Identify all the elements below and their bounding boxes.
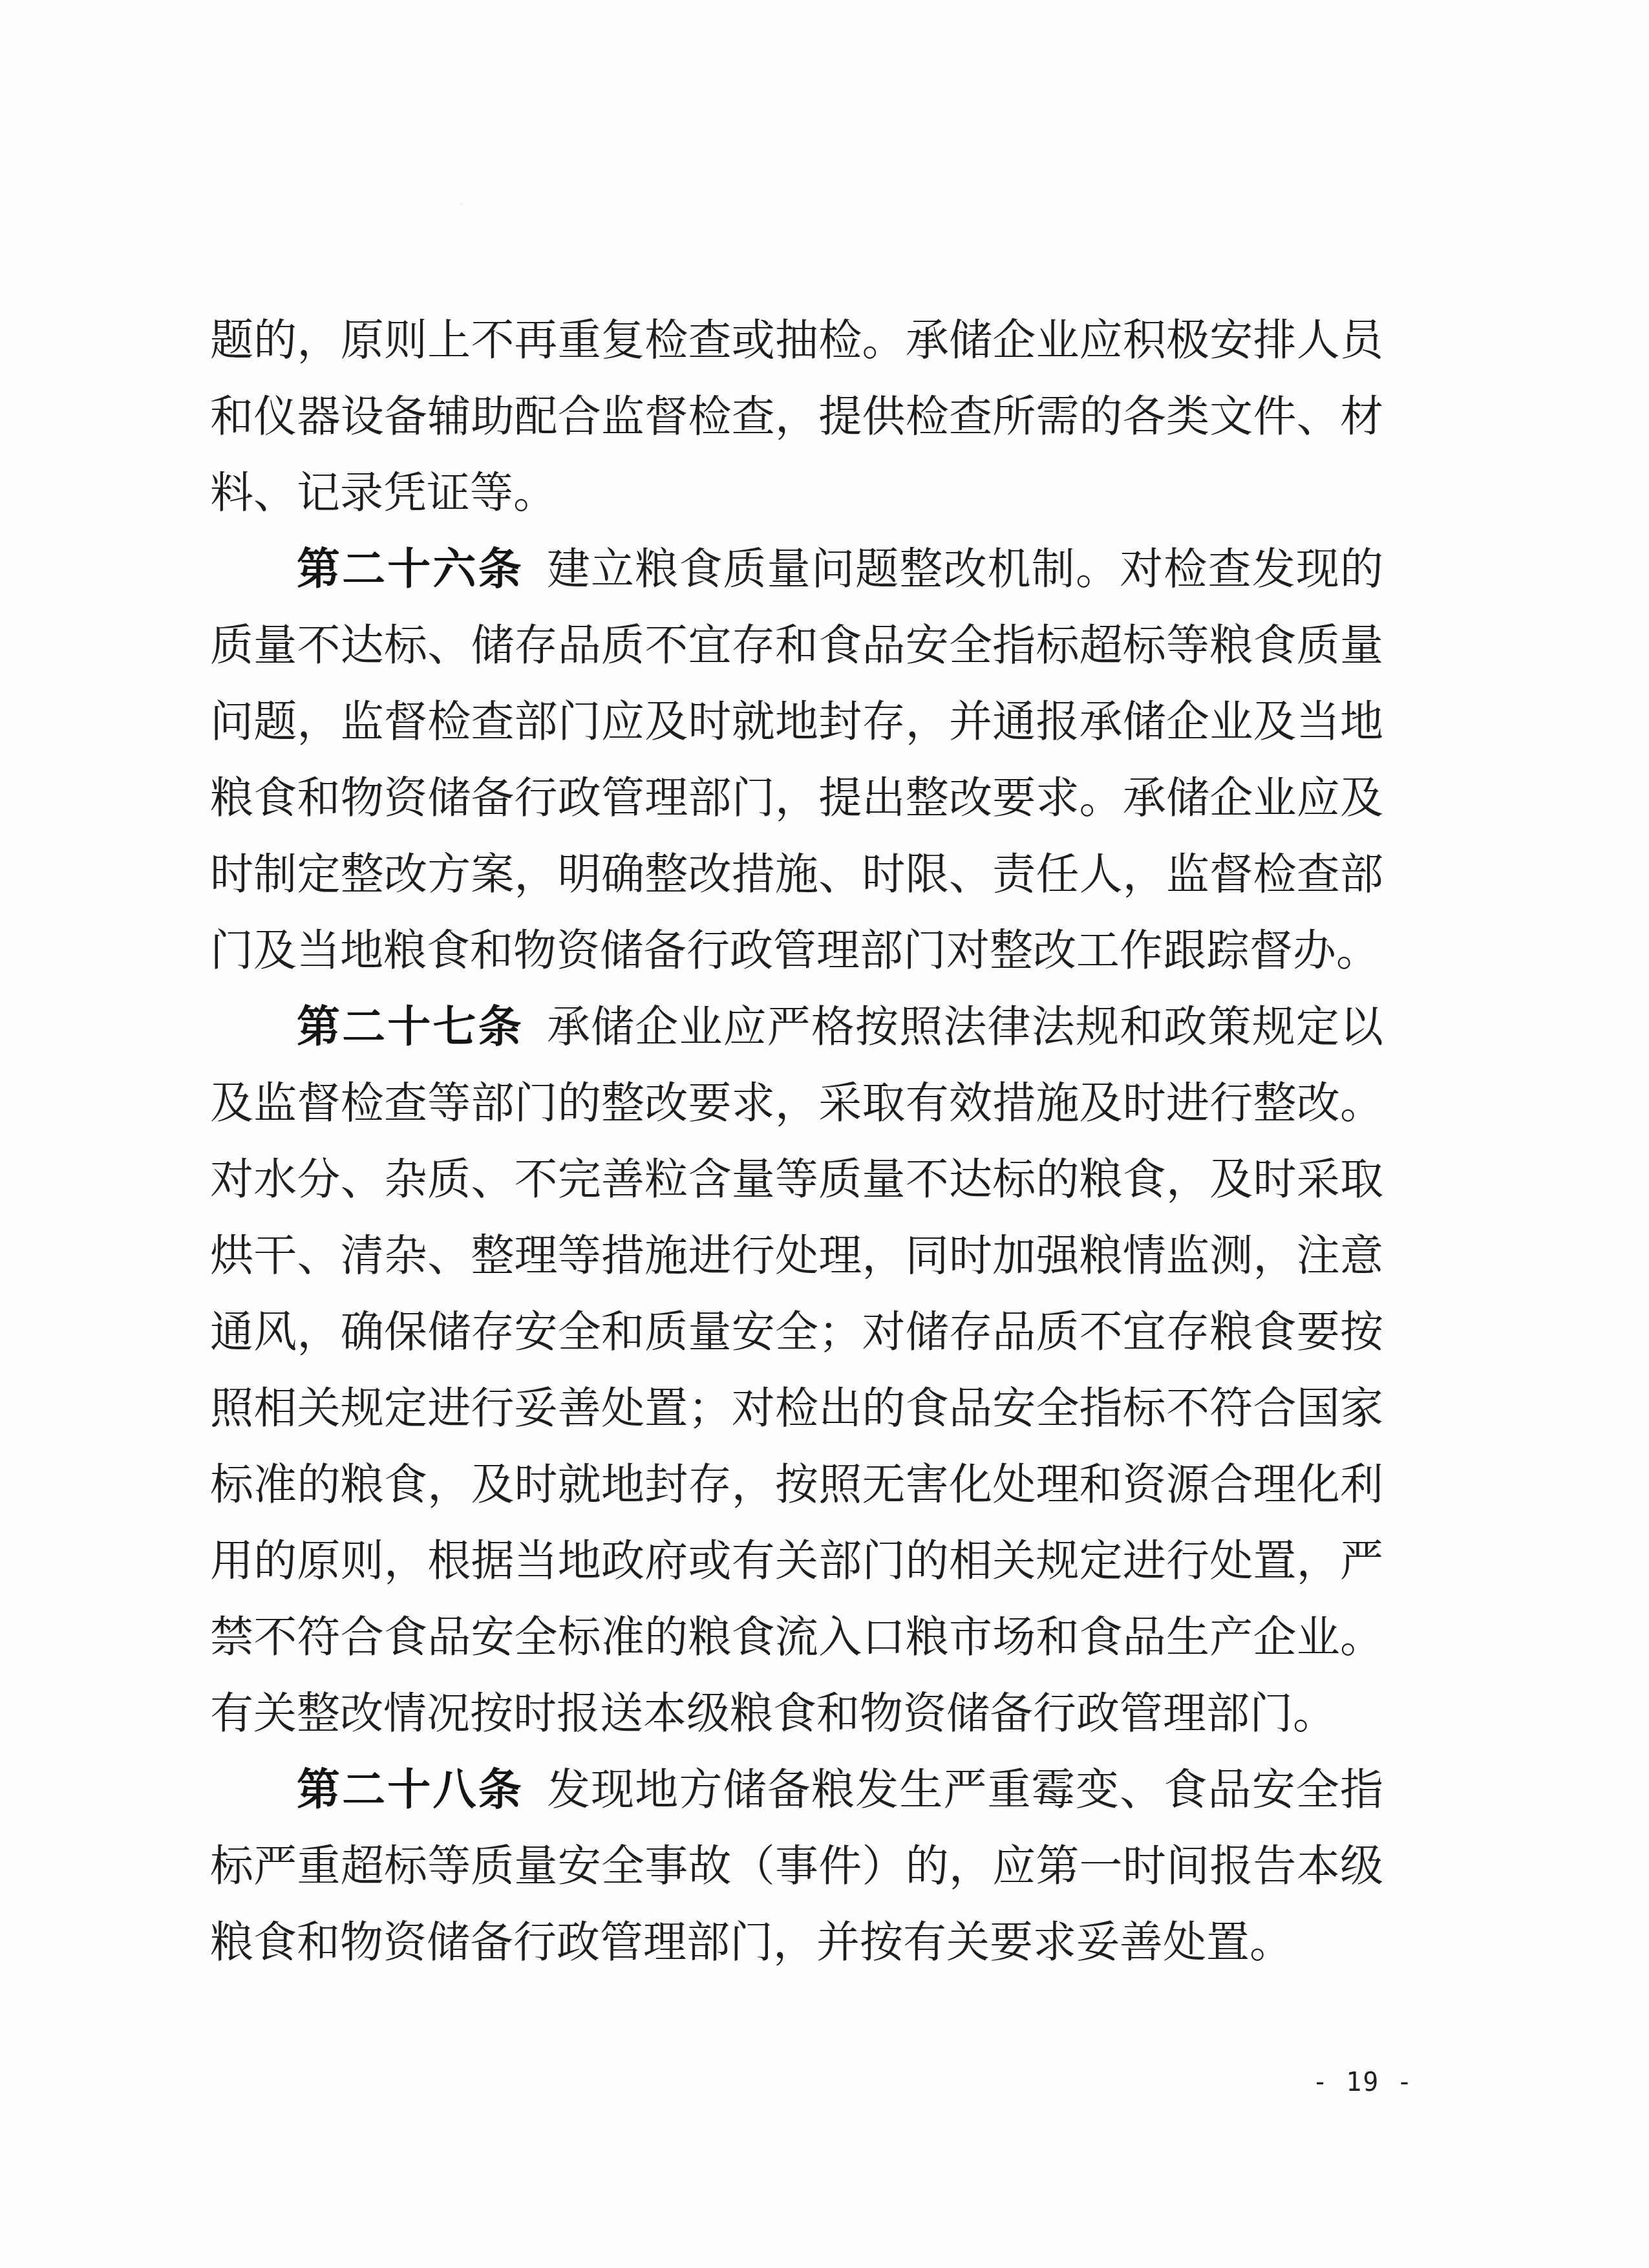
paragraph-article-27: 第二十七条承储企业应严格按照法律法规和政策规定以及监督检查等部门的整改要求，采取… xyxy=(210,989,1383,1751)
document-body: 题的，原则上不再重复检查或抽检。承储企业应积极安排人员和仪器设备辅助配合监督检查… xyxy=(210,302,1383,1980)
article-number-27: 第二十七条 xyxy=(297,1001,524,1052)
document-page: 题的，原则上不再重复检查或抽检。承储企业应积极安排人员和仪器设备辅助配合监督检查… xyxy=(0,0,1649,2268)
paragraph-article-26: 第二十六条建立粮食质量问题整改机制。对检查发现的质量不达标、储存品质不宜存和食品… xyxy=(210,531,1383,989)
article-number-26: 第二十六条 xyxy=(297,544,524,594)
paragraph-article-28: 第二十八条发现地方储备粮发生严重霉变、食品安全指标严重超标等质量安全事故（事件）… xyxy=(210,1751,1383,1980)
paragraph-text: 建立粮食质量问题整改机制。对检查发现的质量不达标、储存品质不宜存和食品安全指标超… xyxy=(210,544,1383,976)
page-number: - 19 - xyxy=(1312,2068,1414,2097)
article-number-28: 第二十八条 xyxy=(297,1764,524,1815)
paragraph-text: 承储企业应严格按照法律法规和政策规定以及监督检查等部门的整改要求，采取有效措施及… xyxy=(210,1001,1383,1738)
paragraph-text: 题的，原则上不再重复检查或抽检。承储企业应积极安排人员和仪器设备辅助配合监督检查… xyxy=(210,315,1383,518)
paragraph-continuation: 题的，原则上不再重复检查或抽检。承储企业应积极安排人员和仪器设备辅助配合监督检查… xyxy=(210,302,1383,531)
